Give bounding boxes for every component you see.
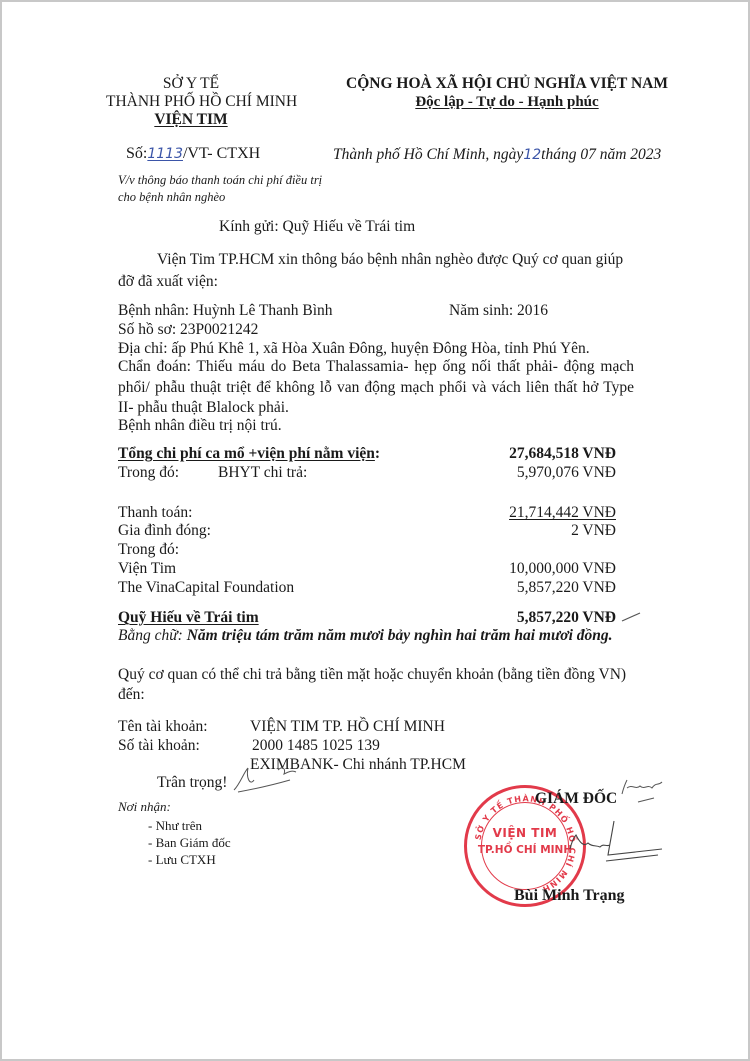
vien-tim-value: 10,000,000 VNĐ — [382, 559, 616, 578]
header-right: CỘNG HOÀ XÃ HỘI CHỦ NGHĨA VIỆT NAM Độc l… — [332, 74, 682, 112]
intro-line1: Viện Tim TP.HCM xin thông báo bệnh nhân … — [157, 250, 623, 269]
insurance-value: 5,970,076 VNĐ — [382, 463, 616, 482]
account-name: VIỆN TIM TP. HỒ CHÍ MINH — [250, 717, 445, 736]
national-title: CỘNG HOÀ XÃ HỘI CHỦ NGHĨA VIỆT NAM — [332, 74, 682, 93]
header-dept: SỞ Y TẾ — [106, 75, 276, 93]
subject: V/v thông báo thanh toán chi phí điều tr… — [118, 172, 322, 206]
recipient-item: - Ban Giám đốc — [148, 834, 231, 851]
family-label: Gia đình đóng: — [118, 521, 211, 540]
account-no-label: Số tài khoản: — [118, 736, 200, 755]
patient-address: Địa chỉ: ấp Phú Khê 1, xã Hòa Xuân Đông,… — [118, 339, 590, 358]
handwritten-day: 12 — [523, 147, 541, 163]
recipient-item: - Lưu CTXH — [148, 851, 231, 868]
payment-note-line2: đến: — [118, 685, 145, 704]
account-name-label: Tên tài khoản: — [118, 717, 208, 736]
document-page: SỞ Y TẾ THÀNH PHỐ HỒ CHÍ MINH VIỆN TIM C… — [2, 2, 748, 1059]
payment-label: Thanh toán: — [118, 503, 192, 522]
patient-record-no: Số hồ sơ: 23P0021242 — [118, 320, 258, 339]
vinacapital-value: 5,857,220 VNĐ — [382, 578, 616, 597]
vinacapital-label: The VinaCapital Foundation — [118, 578, 294, 597]
patient-treatment: Bệnh nhân điều trị nội trú. — [118, 416, 282, 435]
vien-tim-label: Viện Tim — [118, 559, 176, 578]
total-cost-value: 27,684,518 VNĐ — [382, 444, 616, 463]
payment-value: 21,714,442 VNĐ — [382, 503, 616, 522]
document-date: Thành phố Hồ Chí Minh, ngày12tháng 07 nă… — [333, 146, 661, 164]
header-city: THÀNH PHỐ HỒ CHÍ MINH — [106, 93, 276, 111]
national-motto: Độc lập - Tự do - Hạnh phúc — [332, 93, 682, 112]
family-value: 2 VNĐ — [382, 521, 616, 540]
director-signature-icon — [562, 817, 672, 867]
recipients-list: - Như trên - Ban Giám đốc - Lưu CTXH — [148, 817, 231, 868]
closing: Trân trọng! — [157, 773, 227, 792]
header-left: SỞ Y TẾ THÀNH PHỐ HỒ CHÍ MINH VIỆN TIM — [106, 75, 276, 129]
signature-title: GIÁM ĐỐC — [535, 789, 617, 808]
total-cost-label: Tổng chi phí ca mổ +viện phí nằm viện: — [118, 444, 380, 463]
payment-note-line1: Quý cơ quan có thể chi trả bằng tiền mặt… — [118, 665, 626, 684]
handwritten-number: 1113 — [147, 146, 183, 162]
fund-label: Quỹ Hiếu về Trái tim — [118, 608, 259, 627]
account-no: 2000 1485 1025 139 — [252, 736, 380, 755]
document-number: Số:1113/VT- CTXH — [126, 145, 260, 163]
recipient-item: - Như trên — [148, 817, 231, 834]
of-which-label: Trong đó: — [118, 463, 179, 482]
patient-name: Bệnh nhân: Huỳnh Lê Thanh Bình — [118, 301, 333, 320]
salutation: Kính gửi: Quỹ Hiếu về Trái tim — [219, 217, 415, 236]
intro-line2: đỡ đã xuất viện: — [118, 272, 218, 291]
of-which2-label: Trong đó: — [118, 540, 179, 559]
insurance-label: BHYT chi trả: — [218, 463, 307, 482]
fund-value: 5,857,220 VNĐ — [382, 608, 616, 627]
check-mark-icon — [620, 610, 642, 624]
handwritten-note-icon — [618, 776, 666, 806]
recipients-label: Nơi nhận: — [118, 799, 171, 815]
patient-birth-year: Năm sinh: 2016 — [449, 301, 548, 320]
initial-signature-icon — [230, 762, 310, 796]
amount-in-words: Bằng chữ: Năm triệu tám trăm năm mươi bả… — [118, 626, 613, 645]
signer-name: Bùi Minh Trạng — [514, 886, 625, 905]
patient-diagnosis: Chẩn đoán: Thiếu máu do Beta Thalassamia… — [118, 357, 634, 419]
header-org: VIỆN TIM — [106, 111, 276, 129]
